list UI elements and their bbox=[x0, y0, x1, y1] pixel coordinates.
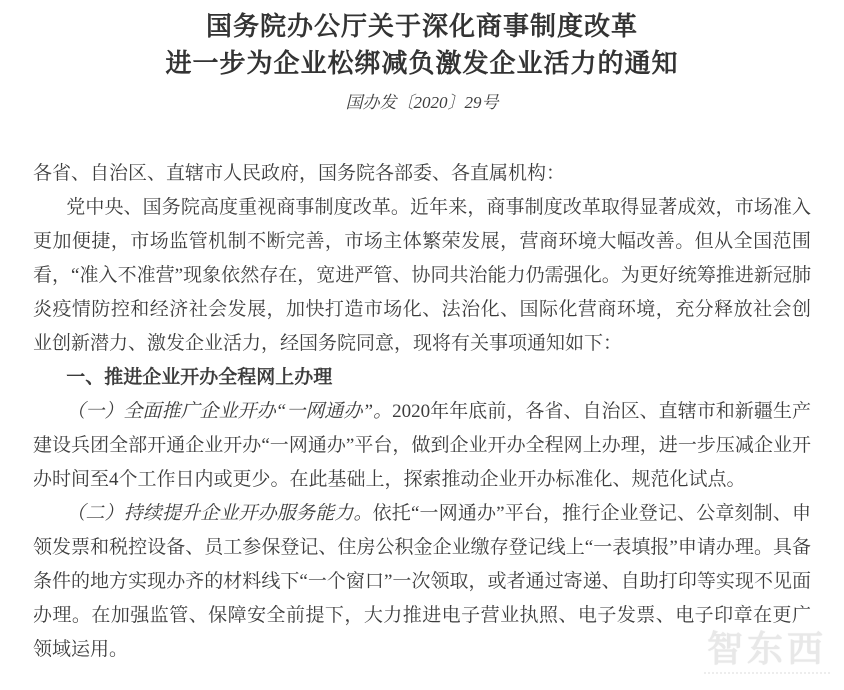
salutation-line: 各省、自治区、直辖市人民政府，国务院各部委、各直属机构： bbox=[33, 157, 811, 191]
item-2-lead: （二）持续提升企业开办服务能力。 bbox=[66, 503, 372, 524]
title-line-1: 国务院办公厅关于深化商事制度改革 bbox=[33, 8, 811, 45]
item-1-lead: （一）全面推广企业开办“一网通办”。 bbox=[66, 401, 392, 422]
section-1-item-2: （二）持续提升企业开办服务能力。依托“一网通办”平台，推行企业登记、公章刻制、申… bbox=[33, 497, 811, 667]
section-1-heading: 一、推进企业开办全程网上办理 bbox=[33, 361, 811, 395]
section-1-item-1: （一）全面推广企业开办“一网通办”。2020年年底前，各省、自治区、直辖市和新疆… bbox=[33, 395, 811, 497]
watermark-caption-strip bbox=[704, 672, 830, 674]
document-title: 国务院办公厅关于深化商事制度改革 进一步为企业松绑减负激发企业活力的通知 bbox=[33, 8, 811, 82]
document-page: 国务院办公厅关于深化商事制度改革 进一步为企业松绑减负激发企业活力的通知 国办发… bbox=[0, 0, 844, 690]
document-number: 国办发〔2020〕29号 bbox=[33, 91, 811, 115]
document-body: 各省、自治区、直辖市人民政府，国务院各部委、各直属机构： 党中央、国务院高度重视… bbox=[33, 157, 811, 667]
intro-paragraph: 党中央、国务院高度重视商事制度改革。近年来，商事制度改革取得显著成效，市场准入更… bbox=[33, 191, 811, 361]
item-2-body: 依托“一网通办”平台，推行企业登记、公章刻制、申领发票和税控设备、员工参保登记、… bbox=[33, 503, 811, 660]
title-line-2: 进一步为企业松绑减负激发企业活力的通知 bbox=[33, 45, 811, 82]
